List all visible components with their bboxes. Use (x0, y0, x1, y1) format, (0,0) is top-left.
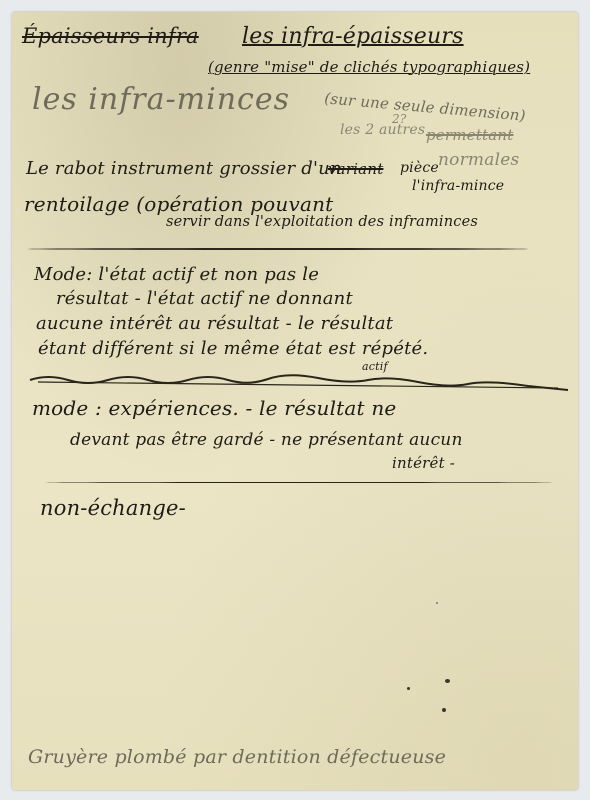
parenthetical-cliches: (genre "mise" de clichés typographiques) (208, 58, 530, 76)
word-piece: pièce (400, 160, 439, 176)
experiences-line-1: mode : expériences. - le résultat ne (32, 396, 396, 420)
experiences-line-2: devant pas être gardé - ne présentant au… (70, 430, 463, 450)
ink-speck (436, 602, 438, 604)
non-echange: non-échange- (40, 496, 186, 520)
insert-actif: actif (362, 360, 388, 373)
mode-line-2: résultat - l'état actif ne donnant (56, 288, 353, 309)
experiences-line-3: intérêt - (392, 454, 455, 472)
mode-line-3: aucune intérêt au résultat - le résultat (36, 313, 393, 334)
wavy-divider (28, 374, 573, 394)
divider-line (28, 248, 528, 250)
line-servir-exploitation: servir dans l'exploitation des inframinc… (166, 214, 478, 230)
manuscript-page: Épaisseurs infra les infra-épaisseurs (g… (12, 12, 578, 790)
ink-speck (445, 679, 450, 683)
pencil-struck-word: permettant (426, 126, 513, 144)
pencil-note-number: 2? (392, 112, 406, 126)
viewer-stage: Épaisseurs infra les infra-épaisseurs (g… (0, 0, 590, 800)
mode-line-1: Mode: l'état actif et non pas le (34, 264, 319, 285)
pencil-word-normales: normales (438, 150, 519, 170)
insert-infra-mince: l'infra-mince (412, 178, 504, 194)
ink-speck (442, 708, 446, 712)
pencil-note-other-two: les 2 autres (340, 122, 425, 138)
ink-speck (407, 687, 410, 690)
parenthetical-single-dimension: (sur une seule dimension) (324, 89, 527, 125)
heading-infra-minces: les infra-minces (32, 82, 290, 117)
heading-infra-epaisseurs: les infra-épaisseurs (242, 24, 464, 49)
mode-line-4: étant différent si le même état est répé… (38, 338, 428, 359)
struck-heading-text: Épaisseurs infra (22, 24, 199, 48)
line-rentoilage: rentoilage (opération pouvant (24, 192, 333, 216)
line-le-rabot: Le rabot instrument grossier d'un (26, 158, 342, 179)
struck-word-variant: variant (328, 160, 383, 178)
footer-gruyere-note: Gruyère plombé par dentition défectueuse (28, 746, 446, 768)
divider-line (44, 482, 554, 483)
